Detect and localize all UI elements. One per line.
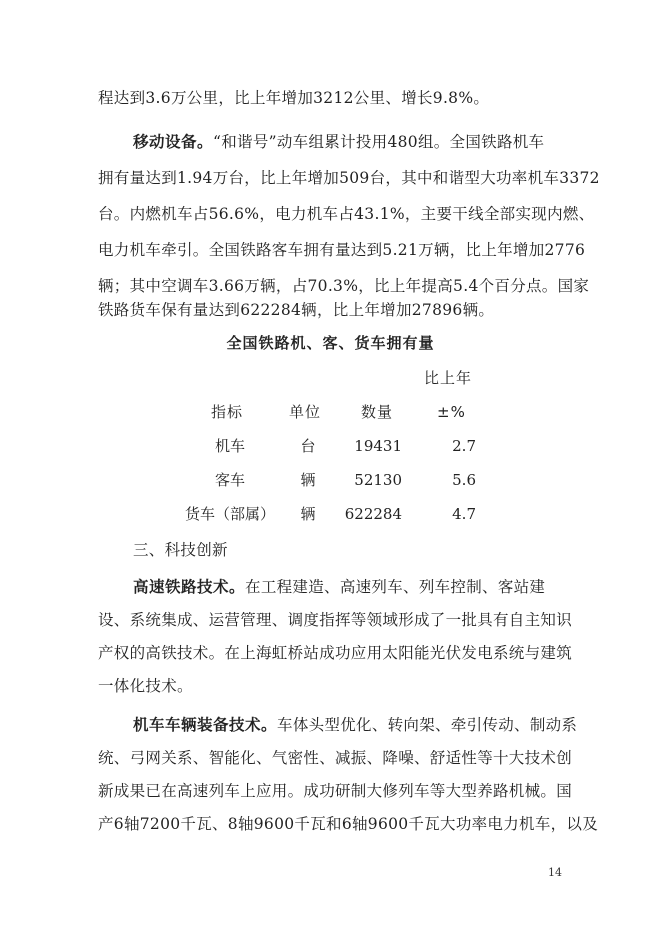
table-header-compared-last-year: 比上年 [424,368,472,388]
section-heading: 三、科技创新 [133,540,568,560]
table-cell-change: 2.7 [440,436,476,456]
table-header-change-percent: ±% [437,402,466,422]
paragraph-line: 电力机车牵引。全国铁路客车拥有量达到5.21万辆，比上年增加2776 [98,240,568,260]
paragraph-text: 车体头型优化、转向架、牵引传动、制动系 [277,716,577,734]
table-title: 全国铁路机、客、货车拥有量 [0,332,661,353]
table-header-unit: 单位 [289,402,321,422]
paragraph-line: 一体化技术。 [98,676,568,696]
paragraph-line: 高速铁路技术。在工程建造、高速列车、列车控制、客站建 [133,577,568,597]
table-cell-change: 4.7 [440,504,476,524]
table-cell-quantity: 52130 [340,470,402,490]
table-header-indicator: 指标 [211,402,243,422]
table-cell-indicator: 客车 [180,470,280,490]
table-cell-quantity: 19431 [340,436,402,456]
page-number: 14 [548,866,562,879]
table-cell-indicator: 货车（部属） [180,504,280,524]
paragraph-line: 铁路货车保有量达到622284辆，比上年增加27896辆。 [98,300,568,320]
paragraph-line: 拥有量达到1.94万台，比上年增加509台，其中和谐型大功率机车3372 [98,168,568,188]
paragraph-line: 台。内燃机车占56.6%，电力机车占43.1%，主要干线全部实现内燃、 [98,204,568,224]
paragraph-line: 机车车辆装备技术。车体头型优化、转向架、牵引传动、制动系 [133,715,568,735]
paragraph-heading-high-speed-rail: 高速铁路技术。 [133,578,245,596]
table-cell-unit: 台 [290,436,326,456]
paragraph-line: 产权的高铁技术。在上海虹桥站成功应用太阳能光伏发电系统与建筑 [98,643,568,663]
table-cell-unit: 辆 [290,504,326,524]
paragraph-line: 辆；其中空调车3.66万辆，占70.3%，比上年提高5.4个百分点。国家 [98,276,568,296]
paragraph-line: 程达到3.6万公里，比上年增加3212公里、增长9.8%。 [98,88,568,108]
paragraph-line: 产6轴7200千瓦、8轴9600千瓦和6轴9600千瓦大功率电力机车，以及 [98,814,568,834]
paragraph-line: 设、系统集成、运营管理、调度指挥等领域形成了一批具有自主知识 [98,610,568,630]
paragraph-line: 新成果已在高速列车上应用。成功研制大修列车等大型养路机械。国 [98,781,568,801]
document-page: 程达到3.6万公里，比上年增加3212公里、增长9.8%。 移动设备。“和谐号”… [0,0,661,935]
table-cell-unit: 辆 [290,470,326,490]
paragraph-text: 在工程建造、高速列车、列车控制、客站建 [245,578,545,596]
paragraph-text: “和谐号”动车组累计投用480组。全国铁路机车 [213,133,544,151]
table-header-quantity: 数量 [361,402,393,422]
paragraph-line: 统、弓网关系、智能化、气密性、减振、降噪、舒适性等十大技术创 [98,748,568,768]
table-cell-indicator: 机车 [180,436,280,456]
table-cell-quantity: 622284 [340,504,402,524]
paragraph-line: 移动设备。“和谐号”动车组累计投用480组。全国铁路机车 [133,132,568,152]
paragraph-heading-rolling-stock: 机车车辆装备技术。 [133,716,277,734]
table-cell-change: 5.6 [440,470,476,490]
paragraph-heading-mobile-equipment: 移动设备。 [133,133,213,151]
